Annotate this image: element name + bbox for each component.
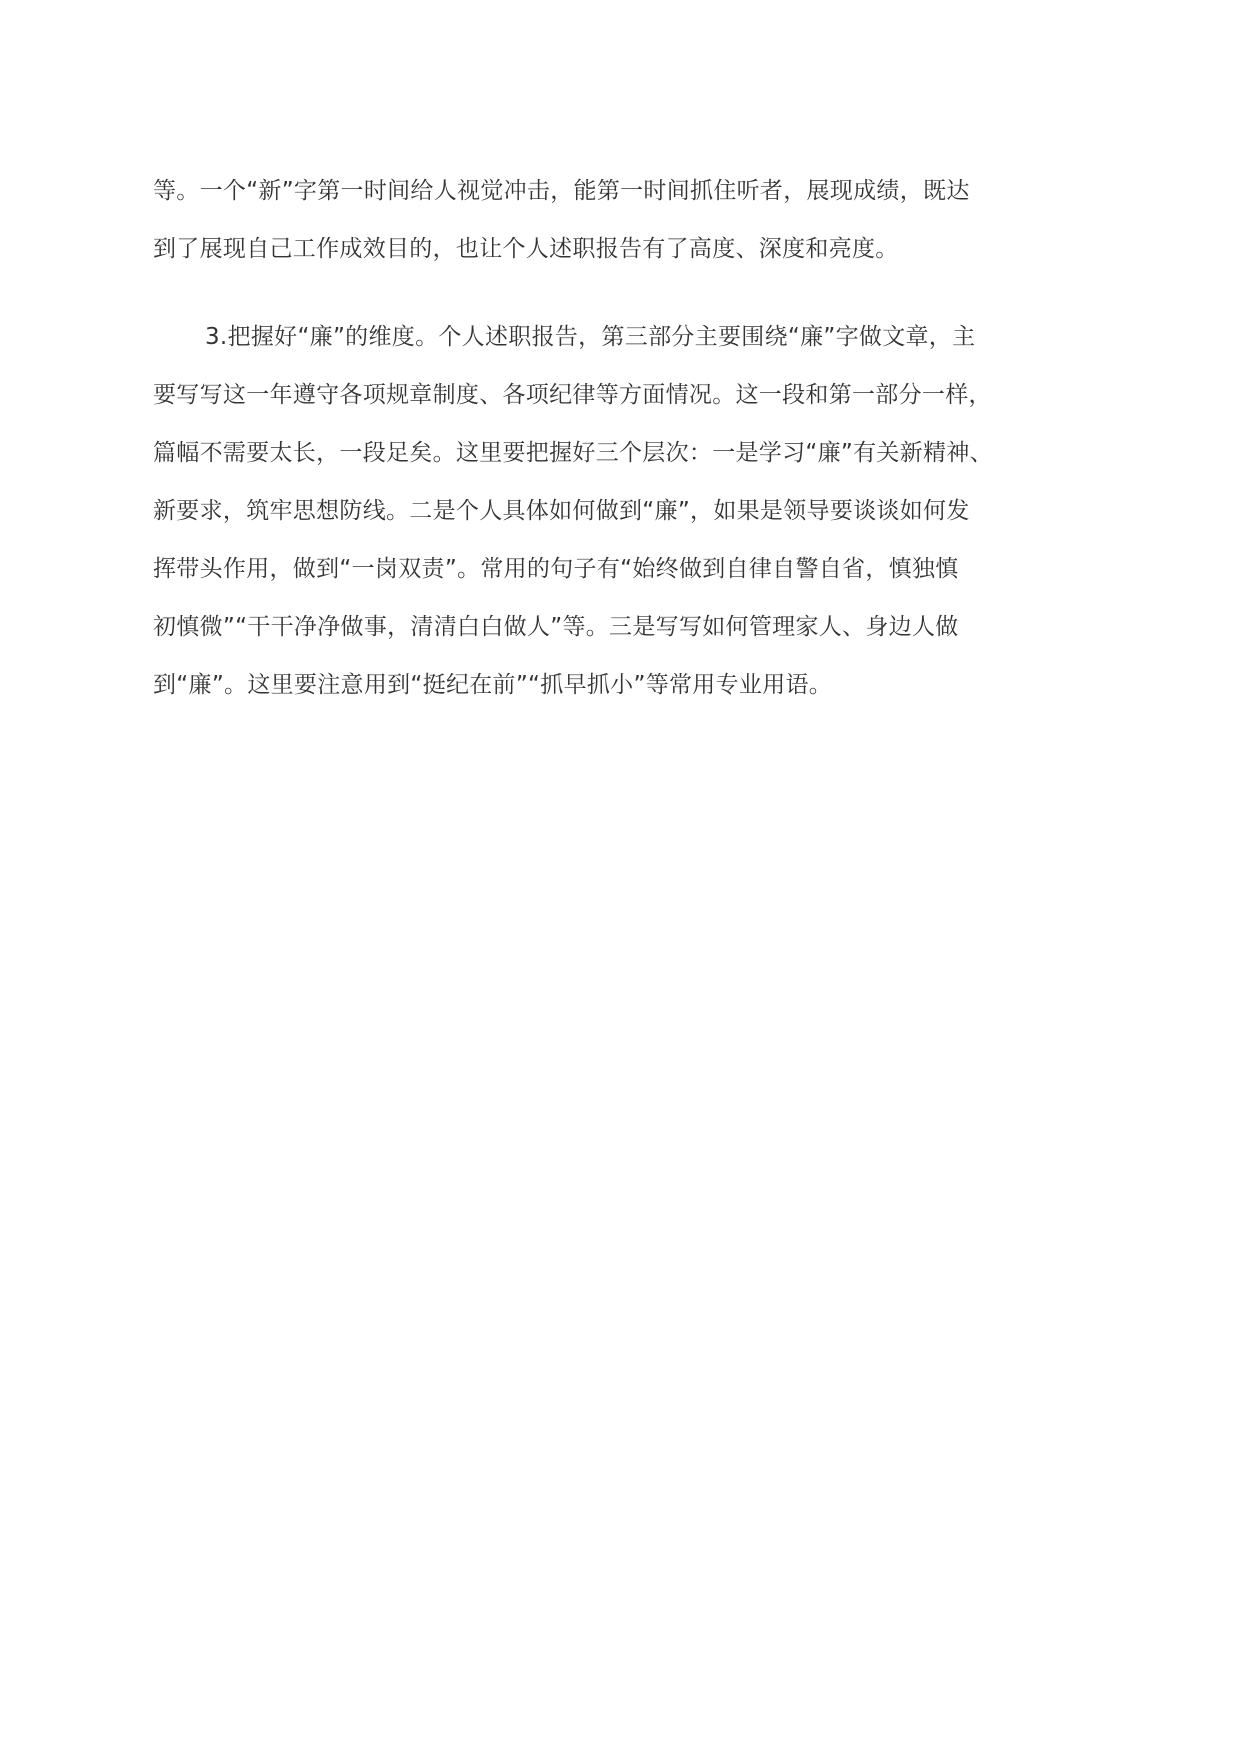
text-line: 到了展现自己工作成效目的，也让个人述职报告有了高度、深度和亮度。 (153, 234, 1083, 264)
document-page: 等。一个“新”字第一时间给人视觉冲击，能第一时间抓住听者，展现成绩，既达 到了展… (0, 0, 1240, 1754)
text-line: 要写写这一年遵守各项规章制度、各项纪律等方面情况。这一段和第一部分一样， (153, 380, 1083, 410)
text-line: 篇幅不需要太长，一段足矣。这里要把握好三个层次：一是学习“廉”有关新精神、 (153, 438, 1083, 468)
text-line: 等。一个“新”字第一时间给人视觉冲击，能第一时间抓住听者，展现成绩，既达 (153, 176, 1083, 206)
text-line: 到“廉”。这里要注意用到“挺纪在前”“抓早抓小”等常用专业用语。 (153, 670, 1083, 700)
text-line: 挥带头作用，做到“一岗双责”。常用的句子有“始终做到自律自警自省，慎独慎 (153, 554, 1083, 584)
text-line: 初慎微”“干干净净做事，清清白白做人”等。三是写写如何管理家人、身边人做 (153, 612, 1083, 642)
section-heading-line: 3.把握好“廉”的维度。个人述职报告，第三部分主要围绕“廉”字做文章，主 (205, 322, 1135, 352)
text-line: 新要求，筑牢思想防线。二是个人具体如何做到“廉”，如果是领导要谈谈如何发 (153, 496, 1083, 526)
